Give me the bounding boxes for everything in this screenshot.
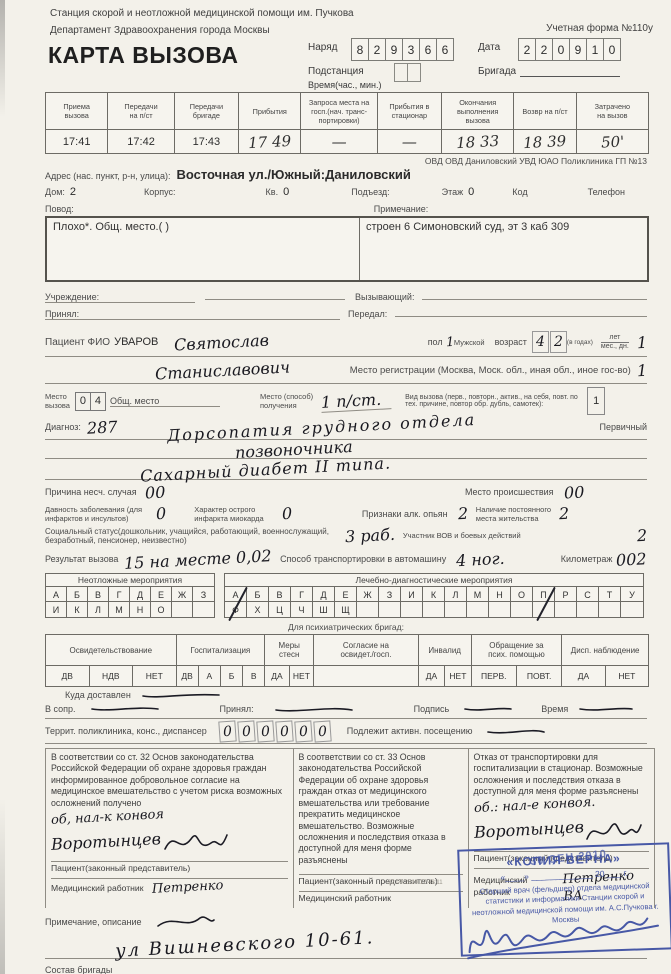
age-mark-handwritten: 1 [636,332,647,352]
age-units: (в годах) [567,339,593,346]
reason-note-box: Плохо*. Общ. место.( ) строен 6 Симоновс… [45,216,649,282]
cell: НЕТ [133,666,176,686]
cell: И [401,586,423,602]
cell: 9 [569,38,587,61]
cell: 6 [436,38,454,61]
page-title: КАРТА ВЫЗОВА [48,42,238,69]
years-label: лет [601,334,629,342]
cell: ПОВТ. [517,666,561,686]
cell [555,601,577,617]
time-value-handwritten: 18 33 [441,128,513,155]
time-col-header: Запроса места на госп.(нач. транс- порти… [301,93,376,130]
cell [407,63,421,82]
call-place-value: Общ. место [110,396,220,407]
alcohol-label: Признаки алк. опьян [362,509,448,519]
polyclinic-digits-handwritten: 000000 [217,721,331,742]
cell: Ш [313,601,335,617]
cell [489,601,511,617]
cell [467,601,489,617]
escort-label: В сопр. [45,704,76,714]
cell [314,666,418,686]
cell: Г [109,586,130,602]
time-col-header: Прибытия в стационар [378,93,441,130]
reason-value: Плохо*. Общ. место.( ) [47,218,360,280]
medic-label: Медицинский работник [299,891,463,904]
cell: 4 [532,331,549,353]
medic-signature-handwritten: Петренко [151,878,223,899]
cell: В [88,586,109,602]
cell: Б [67,586,88,602]
psych-group-label: Меры стесн [265,635,313,666]
time-value-handwritten: 17 49 [239,128,301,154]
psych-accepted-label: Принял: [220,704,254,714]
note-label: Примечание: [374,204,429,214]
kv-value: 0 [283,186,289,198]
patient-surname: УВАРОВ [114,336,158,348]
etazh-label: Этаж [442,187,464,197]
psych-group-label: Согласие на освидет./госп. [314,635,418,666]
km-label: Километраж [561,554,613,564]
call-place-label: Место вызова [45,392,70,410]
cell: 0 [603,38,621,61]
cell: 2 [535,38,553,61]
cell: ДА [562,666,605,686]
cell: Р [555,586,577,602]
time-col-header: Затрачено на вызов [577,93,648,130]
cell: ДВ [177,666,199,686]
time-value: 17:42 [108,130,173,153]
cell: 4 [90,392,106,411]
consent32-handwritten-name: Воротынцев [51,829,162,856]
cell: НЕТ [606,666,648,686]
age-label: возраст [495,337,527,347]
cell: 0 [75,392,91,411]
cell: НЕТ [290,666,313,686]
call-method-handwritten: 1 п/ст. [321,389,392,413]
time-table: Приема вызова17:41 Передачи на п/ст17:42… [45,92,649,154]
cell: З [379,586,401,602]
cell: Ц [269,601,291,617]
time-value-handwritten: 50' [576,128,648,155]
cell: НДВ [90,666,134,686]
medic-label: Медицинский работник [51,883,144,894]
transport-handwritten: 4 ног. [456,548,506,570]
cell [621,601,643,617]
cell: 0 [275,720,293,742]
residence-label: Наличие постоянного места жительства [476,505,551,523]
patient-representative-label: Пациент(законный представитель) [51,861,288,874]
povod-label: Повод: [45,204,74,214]
cell: Ч [291,601,313,617]
registration-label: Место регистрации (Москва, Моск. обл., и… [350,365,631,376]
time-value-handwritten: — [378,130,441,153]
consent32-text: В соответствии со ст. 32 Основ законодат… [51,752,288,809]
psych-group-label: Дисп. наблюдение [562,635,648,666]
polyclinic-label: Террит. поликлиника, конс., диспансер [45,726,207,736]
residence-handwritten: 2 [559,504,570,524]
house-label: Дом: [45,187,65,197]
call-method-label: Место (способ) получения [260,392,313,410]
call-card-page: Станция скорой и неотложной медицинской … [0,0,671,974]
social-label: Социальный статус(дошкольник, учащийся, … [45,527,329,545]
dash-scribble [274,704,354,714]
address-label: Адрес (нас. пункт, р-н, улица): [45,171,170,181]
cell: И [46,601,67,617]
cell: М [467,586,489,602]
cell: А [46,586,67,602]
cell: Г [291,586,313,602]
age-digits-handwritten: 42 [531,331,567,353]
cell: Л [88,601,109,617]
psych-group-label: Обращение за псих. помощью [472,635,562,666]
podezd-label: Подъезд: [351,187,389,197]
time-caption: Время(час., мин.) [308,80,381,90]
cell: Е [151,586,172,602]
cell: У [621,586,643,602]
veteran-handwritten: 2 [636,526,647,546]
etazh-value: 0 [468,186,474,198]
cell: 0 [294,720,312,742]
naryad-label: Наряд [308,42,337,53]
kod-label: Код [512,187,527,197]
form-number: Учетная форма №110у [546,23,653,34]
caller-label: Вызывающий: [355,292,414,302]
cell: З [193,586,214,602]
cell: ДВ [46,666,90,686]
naryad-digits: 829366 [352,38,454,61]
time-value: 17:41 [46,130,107,153]
cell: Ж [357,586,379,602]
cell [357,601,379,617]
footer-note-label: Примечание, описание [45,917,142,927]
sex-label: пол [428,337,443,347]
cell [577,601,599,617]
cell: 0 [552,38,570,61]
cell [193,601,214,617]
call-type-value: Первичный [600,422,647,432]
cell: Х [247,601,269,617]
refusal-text: Отказ от транспортировки для госпитализа… [474,752,649,798]
cell [379,601,401,617]
cell: С [577,586,599,602]
cell: Ж [172,586,193,602]
cell [511,601,533,617]
diagnosis-label: Диагноз: [45,422,81,432]
time-col-header: Возвр на п/ст [514,93,575,130]
cell [401,601,423,617]
phone-label: Телефон [588,187,625,197]
date-label: Дата [478,42,500,53]
cell: Н [489,586,511,602]
psych-group-label: Госпитализация [177,635,265,666]
time-col-header: Передачи на п/ст [108,93,173,130]
sex-value: Мужской [454,338,485,347]
time-col-header: Прибытия [239,93,300,130]
cell: 0 [237,720,255,742]
accepted-label: Принял: [45,309,340,320]
cell: А [199,666,221,686]
cell: Д [130,586,151,602]
cell: ДА [265,666,289,686]
time-col-header: Окончания выполнения вызова [442,93,513,130]
cell: Л [445,586,467,602]
cell: 1 [586,38,604,61]
pen-flourish [156,912,216,932]
cell: 3 [402,38,420,61]
measures-grids: Неотложные мероприятия АБВГДЕЖЗ ИКЛМНО Л… [45,573,671,618]
substation-boxes [395,63,421,82]
dash-scribble [90,704,160,714]
signature-label: Подпись [414,704,450,714]
cell: ПЕРВ. [472,666,517,686]
dash-scribble [141,690,221,700]
cell: Т [599,586,621,602]
incident-place-handwritten: 00 [563,482,584,502]
cell: О [151,601,172,617]
time-value: 17:43 [175,130,238,153]
cell: 8 [351,38,369,61]
scan-edge-shadow [0,0,5,974]
header: Станция скорой и неотложной медицинской … [0,0,671,86]
psych-group-label: Инвалид [419,635,471,666]
psych-table: ОсвидетельствованиеДВНДВНЕТ Госпитализац… [45,634,649,687]
address-value: Восточная ул./Южный:Даниловский [176,167,410,182]
patient-patronymic-handwritten: Станиславович [155,357,291,383]
cell: О [511,586,533,602]
alcohol-handwritten: 2 [457,504,468,524]
time-col-header: Передачи бригаде [175,93,238,130]
cell: НЕТ [445,666,470,686]
time-value-handwritten: 18 39 [514,128,576,154]
substation-label: Подстанция [308,66,364,77]
call-type-box: 1 [587,387,605,415]
org-department: Департамент Здравоохранения города Москв… [50,25,270,36]
scan-timestamp: 22.09.2010 17:48:11 [388,880,443,886]
treatment-row-1: АБВГДЕЖЗИКЛМНОПРСТУ [225,586,643,602]
house-value: 2 [70,186,76,198]
dash-scribble [578,704,634,714]
dash-scribble [463,704,513,714]
cell: К [423,586,445,602]
cell: Е [335,586,357,602]
passed-label: Передал: [348,309,387,319]
visit-label: Подлежит активн. посещению [347,726,473,736]
age-units-fraction: лет мес., дн. [601,334,629,350]
cell [599,601,621,617]
time-label: Время [541,704,568,714]
note-value: строен 6 Симоновский суд, эт 3 каб 309 [360,218,647,280]
cell [172,601,193,617]
incident-place-label: Место происшествия [465,487,554,497]
cell: 0 [218,720,236,742]
patient-label: Пациент ФИО [45,337,110,348]
cell: 0 [313,720,331,742]
brigade-label: Бригада [478,66,516,77]
brigade-composition-label: Состав бригады [45,965,465,974]
time-value-handwritten: — [301,130,376,153]
cause-handwritten: 00 [144,482,165,502]
patient-signature [583,815,643,847]
cell: М [109,601,130,617]
org-name: Станция скорой и неотложной медицинской … [50,8,354,19]
cell: Б [221,666,243,686]
korpus-label: Корпус: [144,187,176,197]
result-handwritten: 15 на месте 0,02 [124,546,272,573]
cell: К [67,601,88,617]
cause-label: Причина несч. случая [45,487,137,497]
refusal-handwritten-note: об.: нал-е конвоя. [473,795,595,818]
urgent-measures-grid: Неотложные мероприятия АБВГДЕЖЗ ИКЛМНО [45,573,215,618]
cell: ДА [419,666,445,686]
consent33-text: В соответствии со ст. 33 Основ законодат… [299,752,463,866]
dash-scribble [486,726,546,736]
transport-label: Способ транспортировки в автомашину [280,554,446,564]
sex-code-handwritten: 1 [445,334,454,349]
km-handwritten: 002 [616,549,647,570]
psych-group-label: Освидетельствование [46,635,176,666]
cell [394,63,408,82]
patient-firstname-handwritten: Святослав [174,330,270,354]
refusal-handwritten-name: Воротынцев [473,817,584,844]
mi-label: Характер острого инфаркта миокарда [194,505,264,523]
diagnosis-code-handwritten: 287 [86,417,117,438]
cell: 6 [419,38,437,61]
cell: 2 [550,331,567,353]
cell: В [269,586,291,602]
cell: Н [130,601,151,617]
urgent-row-1: АБВГДЕЖЗ [46,586,214,602]
treatment-row-2: ФХЦЧШЩ [225,601,643,617]
treatment-measures-grid: Лечебно-диагностические мероприятия АБВГ… [224,573,644,618]
cell: Д [313,586,335,602]
duration-label: Давность заболевания (для инфарктов и ин… [45,505,142,523]
cell: Щ [335,601,357,617]
psych-caption: Для психиатрических бригад: [288,622,404,632]
urgent-row-2: ИКЛМНО [46,601,214,617]
call-type-label: Вид вызова (перв., повторн., актив., на … [405,394,583,408]
cell: 0 [256,720,274,742]
date-digits: 220910 [519,38,621,61]
call-place-code: 04 [76,392,106,411]
veteran-label: Участник ВОВ и боевых действий [403,531,521,540]
cell: 2 [368,38,386,61]
brigade-blank-line [520,76,620,77]
cell: В [243,666,264,686]
cell [423,601,445,617]
result-label: Результат вызова [45,554,118,564]
cell: 9 [385,38,403,61]
consent-article32: В соответствии со ст. 32 Основ законодат… [45,749,294,908]
delivered-label: Куда доставлен [65,690,131,700]
social-handwritten: 3 раб. [345,525,396,547]
institution-label: Учреждение: [45,292,195,303]
kv-label: Кв. [266,187,279,197]
patient-signature [161,827,231,857]
consent32-handwritten-note: об, нал-к конвоя [51,807,165,830]
time-col-header: Приема вызова [46,93,107,130]
months-label: мес., дн. [601,342,629,351]
mi-handwritten: 0 [281,504,292,524]
cell: Б [247,586,269,602]
cell [445,601,467,617]
duration-handwritten: 0 [156,504,167,524]
cell: 2 [518,38,536,61]
footer-note-handwritten: ул Вишневского 10-61. [115,927,375,962]
registration-mark-handwritten: 1 [636,360,647,380]
ovd-line: ОВД ОВД Даниловский УВД ЮАО Поликлиника … [425,156,647,166]
